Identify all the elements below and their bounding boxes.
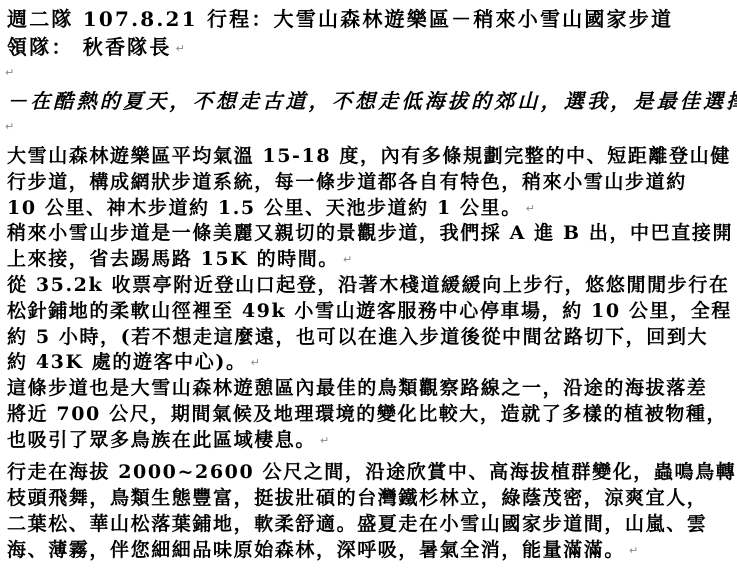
line-text: 上來接，省去踢馬路 15K 的時間。 <box>7 248 339 270</box>
body-line: 松針鋪地的柔軟山徑裡至 49k 小雪山遊客服務中心停車場，約 10 公里，全程 <box>7 298 732 324</box>
body-line: 枝頭飛舞，鳥類生態豐富，挺拔壯碩的台灣鐵杉林立，綠蔭茂密，涼爽宜人， <box>7 485 707 511</box>
line-text: 約 5 小時，(若不想走這麼遠，也可以在進入步道後從中間岔路切下，回到大 <box>7 326 708 348</box>
title-text: 週二隊 107.8.21 行程：大雪山森林遊樂區－稍來小雪山國家步道 <box>7 7 673 31</box>
body-line: 行走在海拔 2000~2600 公尺之間，沿途欣賞中、高海拔植群變化，蟲鳴鳥轉， <box>7 459 737 485</box>
body-line: 將近 700 公尺，期間氣候及地理環境的變化比較大，造就了多樣的植被物種， <box>7 401 727 427</box>
line-text: 二葉松、華山松落葉鋪地，軟柔舒適。盛夏走在小雪山國家步道間，山嵐、雲 <box>7 513 707 535</box>
document-title: 週二隊 107.8.21 行程：大雪山森林遊樂區－稍來小雪山國家步道 <box>7 6 673 32</box>
leader-text: 領隊： 秋香隊長 <box>7 35 172 59</box>
body-line: 約 5 小時，(若不想走這麼遠，也可以在進入步道後從中間岔路切下，回到大 <box>7 324 708 350</box>
body-line: 上來接，省去踢馬路 15K 的時間。↵ <box>7 246 352 273</box>
body-line: 約 43K 處的遊客中心)。↵ <box>7 349 260 376</box>
body-line: 海、薄霧，伴您細細品味原始森林，深呼吸，暑氣全消，能量滿滿。↵ <box>7 537 638 564</box>
line-text: 枝頭飛舞，鳥類生態豐富，挺拔壯碩的台灣鐵杉林立，綠蔭茂密，涼爽宜人， <box>7 487 707 509</box>
line-text: 將近 700 公尺，期間氣候及地理環境的變化比較大，造就了多樣的植被物種， <box>7 403 727 425</box>
line-text: 海、薄霧，伴您細細品味原始森林，深呼吸，暑氣全消，能量滿滿。 <box>7 539 625 561</box>
tagline-text: －在酷熱的夏天，不想走古道，不想走低海拔的郊山，選我，是最佳選擇－ <box>7 89 737 113</box>
document-page: 週二隊 107.8.21 行程：大雪山森林遊樂區－稍來小雪山國家步道 領隊： 秋… <box>0 0 737 577</box>
body-line: 這條步道也是大雪山森林遊憩區內最佳的鳥類觀察路線之一，沿途的海拔落差 <box>7 375 707 401</box>
line-text: 行走在海拔 2000~2600 公尺之間，沿途欣賞中、高海拔植群變化，蟲鳴鳥轉， <box>7 461 737 483</box>
leader-line: 領隊： 秋香隊長↵ <box>7 34 185 62</box>
body-line: 也吸引了眾多鳥族在此區域棲息。↵ <box>7 427 329 454</box>
tagline: －在酷熱的夏天，不想走古道，不想走低海拔的郊山，選我，是最佳選擇－↵ <box>7 88 737 116</box>
paragraph-mark-icon: ↵ <box>251 356 260 369</box>
line-text: 稍來小雪山步道是一條美麗又親切的景觀步道，我們採 A 進 B 出，中巴直接開 <box>7 222 733 244</box>
body-line: 從 35.2k 收票亭附近登山口起登，沿著木棧道緩緩向上步行，悠悠閒閒步行在 <box>7 272 729 298</box>
line-text: 也吸引了眾多鳥族在此區域棲息。 <box>7 429 316 451</box>
empty-paragraph-mark-icon: ↵ <box>5 66 14 79</box>
line-text: 行步道，構成網狀步道系統，每一條步道都各自有特色，稍來小雪山步道約 <box>7 171 687 193</box>
paragraph-mark-icon: ↵ <box>343 253 352 266</box>
body-line: 10 公里、神木步道約 1.5 公里、天池步道約 1 公里。↵ <box>7 195 535 222</box>
body-line: 稍來小雪山步道是一條美麗又親切的景觀步道，我們採 A 進 B 出，中巴直接開 <box>7 220 733 246</box>
line-text: 大雪山森林遊樂區平均氣溫 15-18 度，內有多條規劃完整的中、短距離登山健 <box>7 145 731 167</box>
paragraph-mark-icon: ↵ <box>526 202 535 215</box>
line-text: 松針鋪地的柔軟山徑裡至 49k 小雪山遊客服務中心停車場，約 10 公里，全程 <box>7 300 732 322</box>
paragraph-mark-icon: ↵ <box>629 544 638 557</box>
body-line: 二葉松、華山松落葉鋪地，軟柔舒適。盛夏走在小雪山國家步道間，山嵐、雲 <box>7 511 707 537</box>
empty-paragraph-mark-icon: ↵ <box>5 120 14 133</box>
line-text: 約 43K 處的遊客中心)。 <box>7 351 247 373</box>
line-text: 這條步道也是大雪山森林遊憩區內最佳的鳥類觀察路線之一，沿途的海拔落差 <box>7 377 707 399</box>
body-line: 大雪山森林遊樂區平均氣溫 15-18 度，內有多條規劃完整的中、短距離登山健 <box>7 143 731 169</box>
paragraph-mark-icon: ↵ <box>320 434 329 447</box>
line-text: 從 35.2k 收票亭附近登山口起登，沿著木棧道緩緩向上步行，悠悠閒閒步行在 <box>7 274 729 296</box>
line-text: 10 公里、神木步道約 1.5 公里、天池步道約 1 公里。 <box>7 197 522 219</box>
body-line: 行步道，構成網狀步道系統，每一條步道都各自有特色，稍來小雪山步道約 <box>7 169 687 195</box>
paragraph-mark-icon: ↵ <box>176 42 185 55</box>
